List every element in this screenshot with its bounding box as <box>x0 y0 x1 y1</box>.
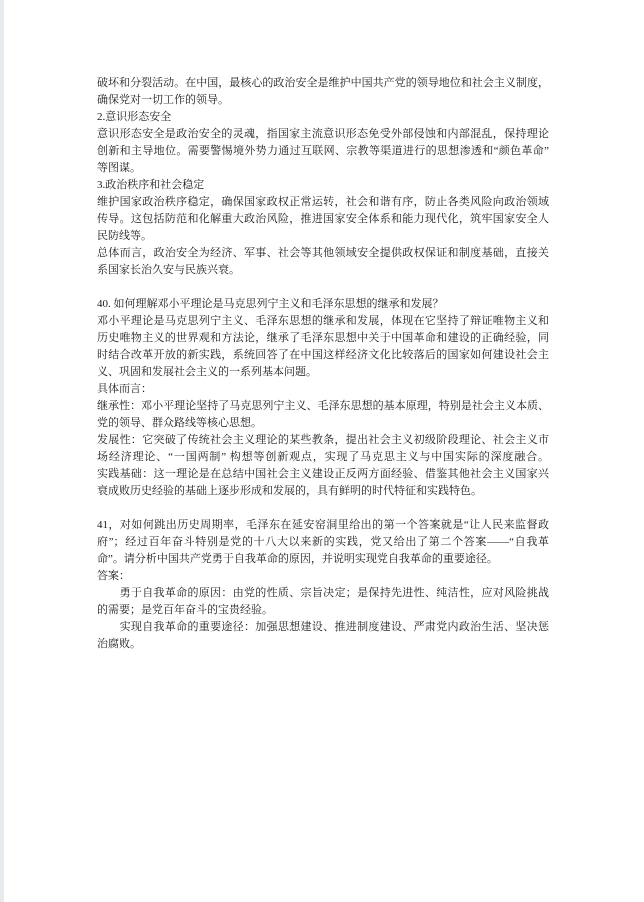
document-line: 继承性：邓小平理论坚持了马克思列宁主义、毛泽东思想的基本原理，特别是社会主义本质… <box>97 398 549 415</box>
document-line: 历史唯物主义的世界观和方法论，继承了毛泽东思想中关于中国革命和建设的正确经验，同 <box>97 330 549 347</box>
document-line: 确保党对一切工作的领导。 <box>97 92 549 109</box>
blank-line <box>97 500 549 517</box>
document-line: 答案： <box>97 568 549 585</box>
document-line: 传导。这包括防范和化解重大政治风险，推进国家安全体系和能力现代化，筑牢国家安全人 <box>97 211 549 228</box>
document-line: 场经济理论、“一国两制” 构想等创新观点，实现了马克思主义与中国实际的深度融合。 <box>97 449 549 466</box>
document-line: 系国家长治久安与民族兴衰。 <box>97 262 549 279</box>
document-line: 破坏和分裂活动。在中国，最核心的政治安全是维护中国共产党的领导地位和社会主义制度… <box>97 75 549 92</box>
document-line: 实践基础：这一理论是在总结中国社会主义建设正反两方面经验、借鉴其他社会主义国家兴 <box>97 466 549 483</box>
document-line: 41，对如何跳出历史周期率，毛泽东在延安窑洞里给出的第一个答案就是“让人民来监督… <box>97 517 549 534</box>
document-line: 创新和主导地位。需要警惕境外势力通过互联网、宗教等渠道进行的思想渗透和“颜色革命… <box>97 143 549 160</box>
document-line: 民防线等。 <box>97 228 549 245</box>
document-line: 治腐败。 <box>97 636 549 653</box>
document-line: 发展性：它突破了传统社会主义理论的某些教条，提出社会主义初级阶段理论、社会主义市 <box>97 432 549 449</box>
document-line: 府”；经过百年奋斗特别是党的十八大以来新的实践，党又给出了第二个答案——“自我革 <box>97 534 549 551</box>
document-page: 破坏和分裂活动。在中国，最核心的政治安全是维护中国共产党的领导地位和社会主义制度… <box>97 75 549 653</box>
document-line: 衰成败历史经验的基础上逐步形成和发展的，具有鲜明的时代特征和实践特色。 <box>97 483 549 500</box>
document-line: 邓小平理论是马克思列宁主义、毛泽东思想的继承和发展，体现在它坚持了辩证唯物主义和 <box>97 313 549 330</box>
document-line: 时结合改革开放的新实践，系统回答了在中国这样经济文化比较落后的国家如何建设社会主 <box>97 347 549 364</box>
document-line: 党的领导、群众路线等核心思想。 <box>97 415 549 432</box>
document-line: 具体而言： <box>97 381 549 398</box>
document-line: 命”。请分析中国共产党勇于自我革命的原因，并说明实现党自我革命的重要途径。 <box>97 551 549 568</box>
document-line: 勇于自我革命的原因：由党的性质、宗旨决定；是保持先进性、纯洁性，应对风险挑战 <box>97 585 549 602</box>
page-left-gutter <box>0 0 4 902</box>
document-line: 的需要；是党百年奋斗的宝贵经验。 <box>97 602 549 619</box>
blank-line <box>97 279 549 296</box>
document-line: 意识形态安全是政治安全的灵魂，指国家主流意识形态免受外部侵蚀和内部混乱，保持理论 <box>97 126 549 143</box>
document-line: 义、巩固和发展社会主义的一系列基本问题。 <box>97 364 549 381</box>
document-line: 40. 如何理解邓小平理论是马克思列宁主义和毛泽东思想的继承和发展？ <box>97 296 549 313</box>
document-line: 等图谋。 <box>97 160 549 177</box>
document-line: 实现自我革命的重要途径：加强思想建设、推进制度建设、严肃党内政治生活、坚决惩 <box>97 619 549 636</box>
document-line: 维护国家政治秩序稳定，确保国家政权正常运转，社会和谐有序，防止各类风险向政治领域 <box>97 194 549 211</box>
document-line: 3.政治秩序和社会稳定 <box>97 177 549 194</box>
document-line: 总体而言，政治安全为经济、军事、社会等其他领域安全提供政权保证和制度基础，直接关 <box>97 245 549 262</box>
document-line: 2.意识形态安全 <box>97 109 549 126</box>
